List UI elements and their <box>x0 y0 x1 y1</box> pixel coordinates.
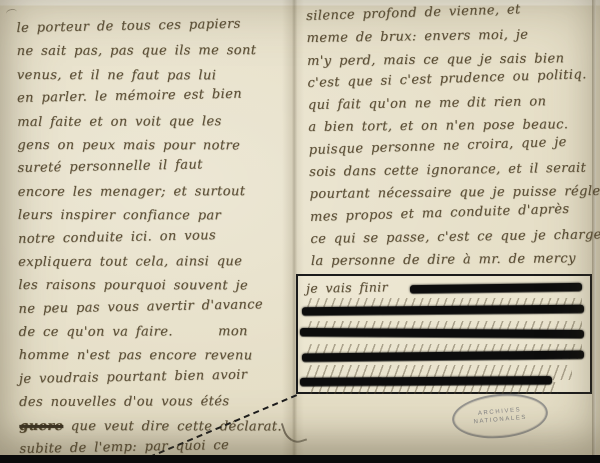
archive-stamp: ARCHIVES NATIONALES <box>450 390 549 442</box>
handwritten-line: subite de l'emp: par quoi ce <box>19 433 287 456</box>
struck-out-word: guere <box>19 419 63 434</box>
redaction-box-visible-text: je vais finir <box>306 279 388 295</box>
letter-photograph: le porteur de tous ces papiers ne sait p… <box>0 0 600 463</box>
handwritten-line: sureté personnelle il faut <box>17 152 285 181</box>
handwritten-line: expliquera tout cela, ainsi que <box>18 250 286 274</box>
redaction-box: je vais finir <box>296 274 592 394</box>
handwritten-line: en parler. le mémoire est bien <box>17 82 285 111</box>
handwritten-line: meme de brux: envers moi, je <box>306 24 596 51</box>
bottom-border <box>0 455 600 463</box>
handwritten-line: des nouvelles d'ou vous étés <box>19 390 287 414</box>
handwritten-line: notre conduite ici. on vous <box>18 222 286 251</box>
handwritten-line: mal faite et on voit que les <box>17 110 285 134</box>
redaction-bar <box>410 283 582 293</box>
handwritten-line: le porteur de tous ces papiers <box>16 12 284 41</box>
handwritten-line: la personne de dire à mr. de mercy <box>311 248 600 273</box>
handwritten-line: encore les menager; et surtout <box>18 180 286 204</box>
handwritten-line: sois dans cette ignorance, et il serait <box>309 157 599 184</box>
right-page: silence profond de vienne, et meme de br… <box>306 0 600 273</box>
line-text: que veut dire cette déclarat. <box>63 419 282 434</box>
paper-background: le porteur de tous ces papiers ne sait p… <box>0 0 600 456</box>
redaction-bar <box>302 351 584 362</box>
handwritten-line: je voudrais pourtant bien avoir <box>19 363 287 392</box>
redaction-bar <box>300 328 584 338</box>
handwritten-line: ne peu pas vous avertir d'avance <box>18 292 286 321</box>
handwritten-line: ne sait pas, pas que ils me sont <box>17 39 285 63</box>
left-page: le porteur de tous ces papiers ne sait p… <box>16 15 287 456</box>
handwritten-line: de ce qu'on va faire. mon <box>19 320 287 344</box>
redaction-bar <box>302 305 584 315</box>
handwritten-line: ce qui se passe, c'est ce que je charge <box>310 224 600 251</box>
